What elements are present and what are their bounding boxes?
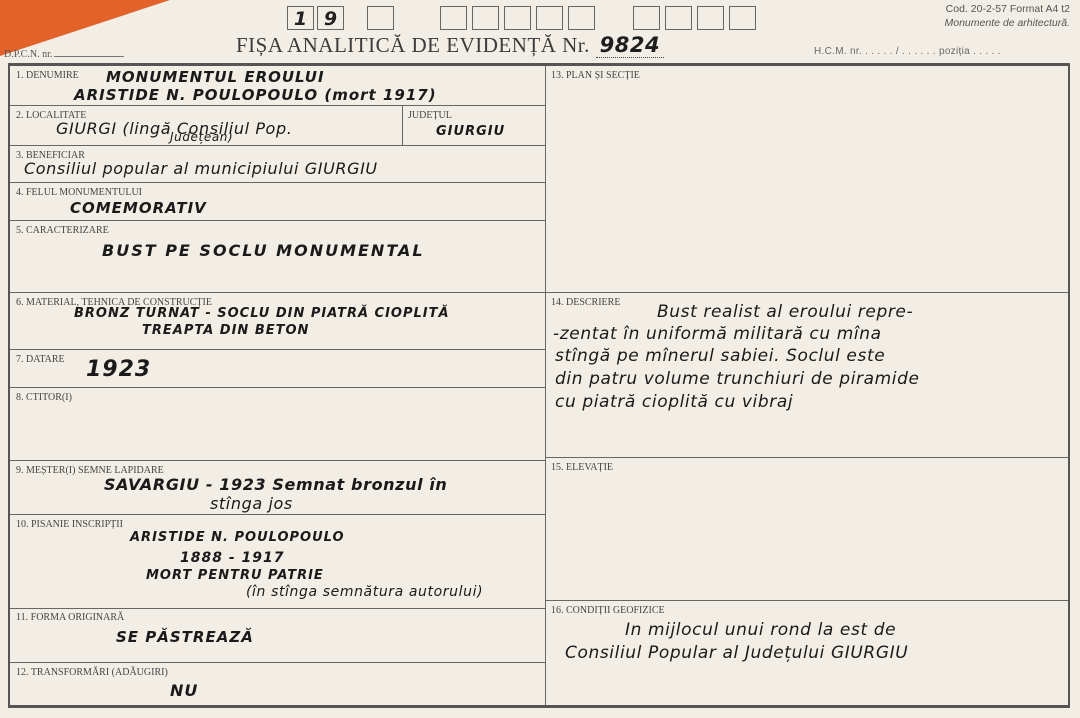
code-box[interactable]: [472, 6, 499, 30]
field-denumire[interactable]: 1. DENUMIRE MONUMENTUL EROULUI ARISTIDE …: [10, 66, 545, 106]
field-felul-monumentului[interactable]: 4. FELUL MONUMENTULUI COMEMORATIV: [10, 183, 545, 221]
field-value: SE PĂSTREAZĂ: [116, 628, 254, 646]
dpcn-field: D.P.C.N. nr.: [4, 49, 124, 60]
code-box[interactable]: [504, 6, 531, 30]
field-value: din patru volume trunchiuri de piramide: [555, 369, 920, 389]
field-caracterizare[interactable]: 5. CARACTERIZARE BUST PE SOCLU MONUMENTA…: [10, 221, 545, 293]
field-value: stînga jos: [210, 494, 293, 513]
field-value: (în stînga semnătura autorului): [246, 584, 483, 600]
form-title-text: FIȘA ANALITICĂ DE EVIDENȚĂ Nr.: [236, 33, 590, 57]
form-frame: 1. DENUMIRE MONUMENTUL EROULUI ARISTIDE …: [8, 63, 1070, 708]
field-value: -zentat în uniformă militară cu mîna: [553, 324, 882, 344]
field-label: 15. ELEVAȚIE: [551, 462, 613, 473]
field-mester[interactable]: 9. MEȘTER(I) SEMNE LAPIDARE SAVARGIU - 1…: [10, 461, 545, 515]
form-code-line: Cod. 20-2-57 Format A4 t2: [945, 2, 1071, 16]
form-category: Monumente de arhitectură.: [945, 16, 1071, 30]
code-box[interactable]: [633, 6, 660, 30]
field-label: 10. PISANIE INSCRIPȚII: [16, 519, 123, 530]
code-box[interactable]: [568, 6, 595, 30]
field-datare[interactable]: 7. DATARE 1923: [10, 350, 545, 388]
field-value: TREAPTA DIN BETON: [142, 323, 309, 338]
field-label: 7. DATARE: [16, 354, 65, 365]
field-value: MORT PENTRU PATRIE: [146, 568, 324, 583]
field-value: NU: [170, 681, 198, 700]
field-descriere[interactable]: 14. DESCRIERE Bust realist al eroului re…: [545, 293, 1068, 458]
field-judetul[interactable]: JUDEȚUL GIURGIU: [402, 106, 545, 146]
code-box[interactable]: [729, 6, 756, 30]
field-label: 4. FELUL MONUMENTULUI: [16, 187, 142, 198]
field-elevatie[interactable]: 15. ELEVAȚIE: [545, 458, 1068, 601]
field-pisanie[interactable]: 10. PISANIE INSCRIPȚII ARISTIDE N. POULO…: [10, 515, 545, 608]
code-box[interactable]: 1: [287, 6, 314, 30]
field-label: 16. CONDIȚII GEOFIZICE: [551, 605, 665, 616]
field-transformari[interactable]: 12. TRANSFORMĂRI (ADĂUGIRI) NU: [10, 663, 545, 705]
code-box[interactable]: 9: [317, 6, 344, 30]
field-localitate[interactable]: 2. LOCALITATE GIURGI (lingă Consiliul Po…: [10, 106, 402, 146]
field-material[interactable]: 6. MATERIAL, TEHNICA DE CONSTRUCȚIE BRON…: [10, 293, 545, 350]
field-forma-originara[interactable]: 11. FORMA ORIGINARĂ SE PĂSTREAZĂ: [10, 608, 545, 663]
code-box[interactable]: [440, 6, 467, 30]
field-label: 11. FORMA ORIGINARĂ: [16, 612, 124, 623]
code-box[interactable]: [536, 6, 563, 30]
code-box[interactable]: [697, 6, 724, 30]
field-value: SAVARGIU - 1923 Semnat bronzul în: [104, 475, 447, 494]
field-value: BRONZ TURNAT - SOCLU DIN PIATRĂ CIOPLITĂ: [74, 306, 450, 321]
orange-corner-tab: [0, 0, 170, 56]
field-value: 1923: [86, 357, 151, 382]
field-label: 14. DESCRIERE: [551, 297, 620, 308]
code-box[interactable]: [665, 6, 692, 30]
field-plan-sectie[interactable]: 13. PLAN ȘI SECȚIE: [545, 66, 1068, 293]
field-beneficiar[interactable]: 3. BENEFICIAR Consiliul popular al munic…: [10, 146, 545, 183]
field-value: ARISTIDE N. POULOPOULO (mort 1917): [74, 86, 437, 104]
field-label: 8. CTITOR(I): [16, 392, 72, 403]
field-value: BUST PE SOCLU MONUMENTAL: [102, 241, 425, 260]
field-value: Județean): [170, 130, 233, 144]
dpcn-input-line[interactable]: [54, 56, 124, 57]
code-box[interactable]: [367, 6, 394, 30]
field-value: 1888 - 1917: [180, 550, 285, 566]
field-value: Bust realist al eroului repre-: [657, 302, 913, 322]
form-number[interactable]: 9824: [596, 33, 664, 58]
field-label: 13. PLAN ȘI SECȚIE: [551, 70, 640, 81]
field-value: MONUMENTUL EROULUI: [106, 68, 325, 86]
hcm-field[interactable]: H.C.M. nr. . . . . . / . . . . . . poziț…: [814, 46, 1001, 57]
field-value: cu piatră cioplită cu vibraj: [555, 392, 793, 412]
field-value: ARISTIDE N. POULOPOULO: [130, 530, 345, 545]
field-label: JUDEȚUL: [408, 110, 452, 121]
field-label: 5. CARACTERIZARE: [16, 225, 109, 236]
field-value: Consiliul Popular al Județului GIURGIU: [565, 643, 908, 663]
field-value: Consiliul popular al municipiului GIURGI…: [24, 159, 378, 178]
form-title: FIȘA ANALITICĂ DE EVIDENȚĂ Nr. 9824: [236, 33, 664, 58]
field-value: In mijlocul unui rond la est de: [625, 620, 896, 640]
field-conditii-geofizice[interactable]: 16. CONDIȚII GEOFIZICE In mijlocul unui …: [545, 601, 1068, 705]
field-ctitor[interactable]: 8. CTITOR(I): [10, 388, 545, 461]
field-value: stîngă pe mînerul sabiei. Soclul este: [555, 346, 885, 366]
field-value: GIURGIU: [436, 124, 505, 139]
dpcn-label: D.P.C.N. nr.: [4, 49, 52, 60]
field-value: COMEMORATIV: [70, 199, 207, 217]
field-label: 12. TRANSFORMĂRI (ADĂUGIRI): [16, 667, 168, 678]
field-label: 1. DENUMIRE: [16, 70, 79, 81]
form-code: Cod. 20-2-57 Format A4 t2 Monumente de a…: [945, 2, 1071, 30]
